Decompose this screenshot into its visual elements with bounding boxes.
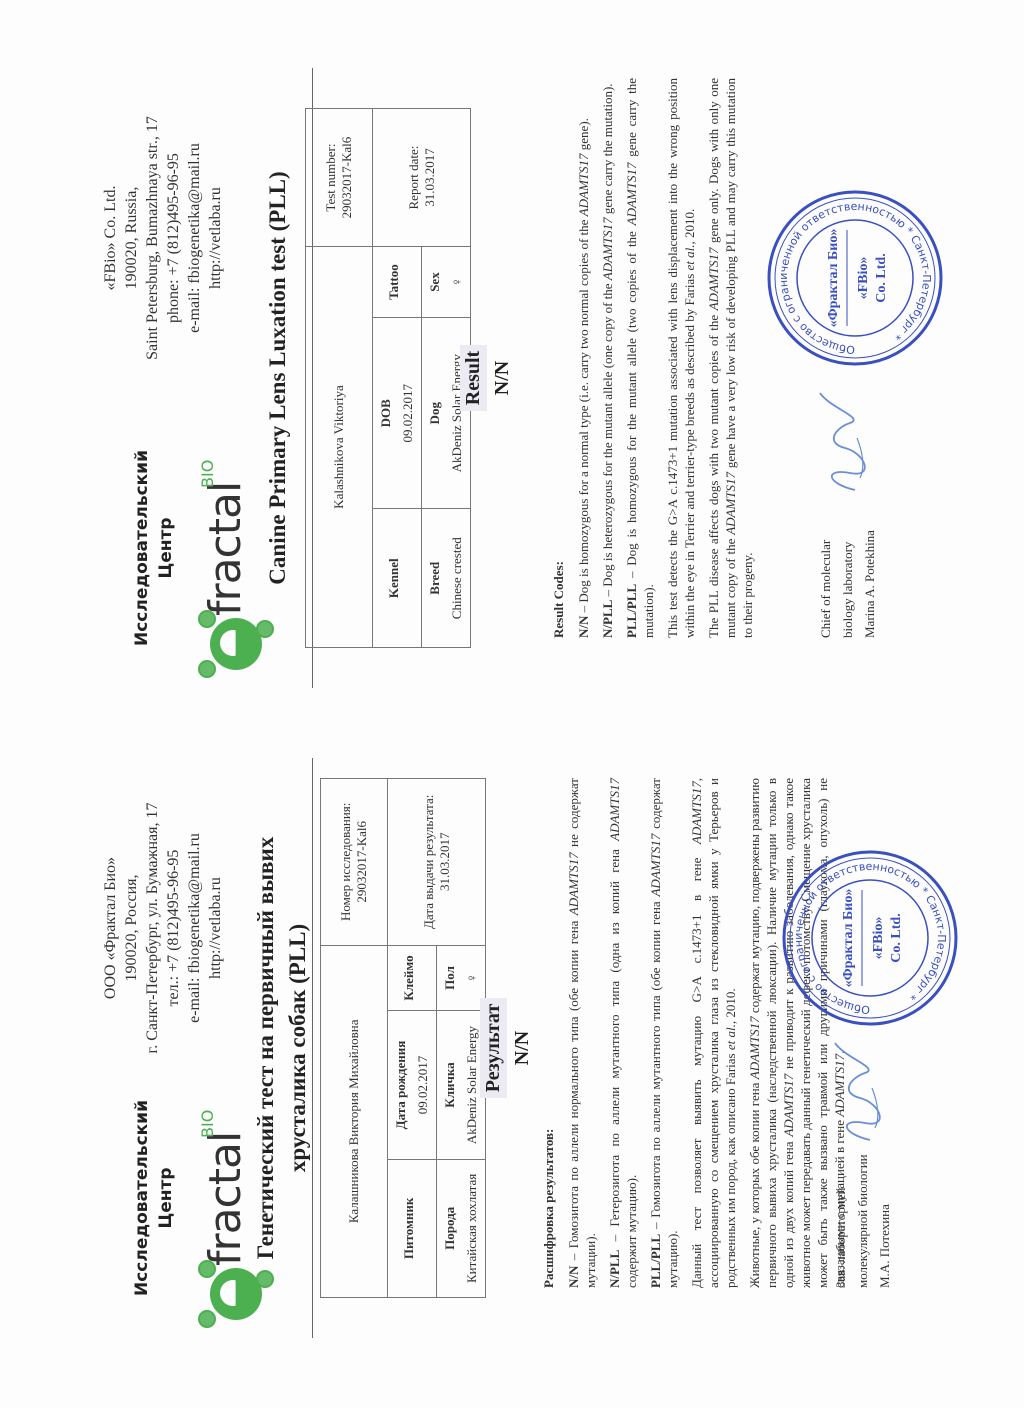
svg-text:Co. Ltd.: Co. Ltd.: [889, 913, 904, 962]
logo-molecule-icon: [210, 618, 262, 670]
result-label: Результат: [480, 998, 507, 1098]
en-result-codes: Result Codes: N/N – Dog is homozygous fo…: [550, 78, 763, 638]
svg-text:Co. Ltd.: Co. Ltd.: [874, 253, 889, 302]
dob-cell: Дата рождения09.02.2017: [388, 1011, 437, 1159]
report-date-cell: Report date: 31.03.2017: [373, 109, 471, 247]
en-company-address: «FBio» Co. Ltd. 190020, Russia, Saint Pe…: [100, 78, 226, 398]
code-item: PLL/PLL – Гомозигота по аллели мутантног…: [647, 778, 681, 1288]
en-signer: Chief of molecular biology laboratory Ma…: [815, 530, 881, 638]
test-description: This test detects the G>A c.1473+1 mutat…: [664, 78, 698, 638]
svg-text:«Фрактал Био»: «Фрактал Био»: [826, 229, 841, 328]
test-number-cell: Test number: 29032017-Kal6: [306, 109, 373, 247]
disease-description: The PLL disease affects dogs with two mu…: [705, 78, 756, 638]
signature-icon: [830, 1038, 890, 1148]
logo-dot-icon: [198, 660, 216, 678]
code-item: N/PLL – Гетерозигота по аллели мутантног…: [606, 778, 640, 1288]
ru-dog-info-table: Калашникова Виктория Михайловна Номер ис…: [320, 778, 486, 1298]
tattoo-cell: Клеймо: [388, 945, 437, 1011]
svg-text:«Фрактал Био»: «Фрактал Био»: [841, 889, 856, 988]
english-report: Исследовательский Центр fractal BIO «FBi…: [0, 58, 1024, 698]
dob-cell: DOB09.02.2017: [373, 318, 422, 509]
svg-text:Общество с ограниченной ответс: Общество с ограниченной ответственностью…: [792, 860, 948, 1016]
dog-name-cell: КличкаAkDeniz Solar Energy: [437, 1011, 486, 1159]
test-number-cell: Номер исследования: 29032017-Kal6: [321, 779, 388, 946]
owner-cell: Калашникова Виктория Михайловна: [321, 945, 388, 1297]
breed-cell: ПородаКитайская хохлатая: [437, 1159, 486, 1297]
result-label: Result: [460, 345, 487, 411]
svg-text:Общество с ограниченной ответс: Общество с ограниченной ответственностью…: [777, 200, 933, 356]
owner-cell: Kalashnikova Viktoriya: [306, 247, 373, 648]
en-dog-info-table: Kalashnikova Viktoriya Test number: 2903…: [305, 108, 471, 648]
ru-signer: Зав. лабораторией молекулярной биологии …: [830, 1154, 896, 1288]
scanned-report-page: Исследовательский Центр fractal BIO ООО …: [0, 0, 1024, 1408]
result-value: N/N: [511, 748, 534, 1348]
svg-text:«FBio»: «FBio»: [871, 917, 886, 960]
code-item: N/N – Гомозигота по аллели нормального т…: [565, 778, 599, 1288]
female-icon: ♀: [464, 973, 479, 983]
en-center-title: Исследовательский Центр: [130, 448, 178, 648]
ru-result: Результат N/N: [480, 748, 534, 1348]
code-item: PLL/PLL – Dog is homozygous for the muta…: [623, 78, 657, 638]
svg-text:«FBio»: «FBio»: [856, 257, 871, 300]
code-item: N/N – Dog is homozygous for a normal typ…: [575, 78, 592, 638]
ru-center-title: Исследовательский Центр: [130, 1098, 178, 1298]
company-stamp-icon: Общество с ограниченной ответственностью…: [765, 188, 945, 368]
ru-company-address: ООО «Фрактал Био» 190020, Россия, г. Сан…: [100, 768, 226, 1088]
tattoo-cell: Tattoo: [373, 247, 422, 318]
code-item: N/PLL – Dog is heterozygous for the muta…: [599, 78, 616, 638]
russian-report: Исследовательский Центр fractal BIO ООО …: [0, 748, 1024, 1348]
report-date-cell: Дата выдачи результата: 31.03.2017: [388, 779, 486, 946]
signature-icon: [815, 388, 875, 498]
sex-cell: Пол♀: [437, 945, 486, 1011]
logo-dot-icon: [198, 1310, 216, 1328]
en-document-title: Canine Primary Lens Luxation test (PLL): [262, 58, 294, 698]
en-result: Result N/N: [460, 58, 514, 698]
test-description: Данный тест позволяет выявить мутацию G>…: [688, 778, 739, 1288]
ru-document-title: Генетический тест на первичный вывих хру…: [250, 748, 314, 1348]
result-value: N/N: [491, 58, 514, 698]
company-stamp-icon: Общество с ограниченной ответственностью…: [780, 848, 960, 1028]
kennel-cell: Питомник: [388, 1159, 437, 1297]
en-logo-block: Исследовательский Центр fractal BIO: [130, 438, 280, 678]
kennel-cell: Kennel: [373, 509, 422, 648]
